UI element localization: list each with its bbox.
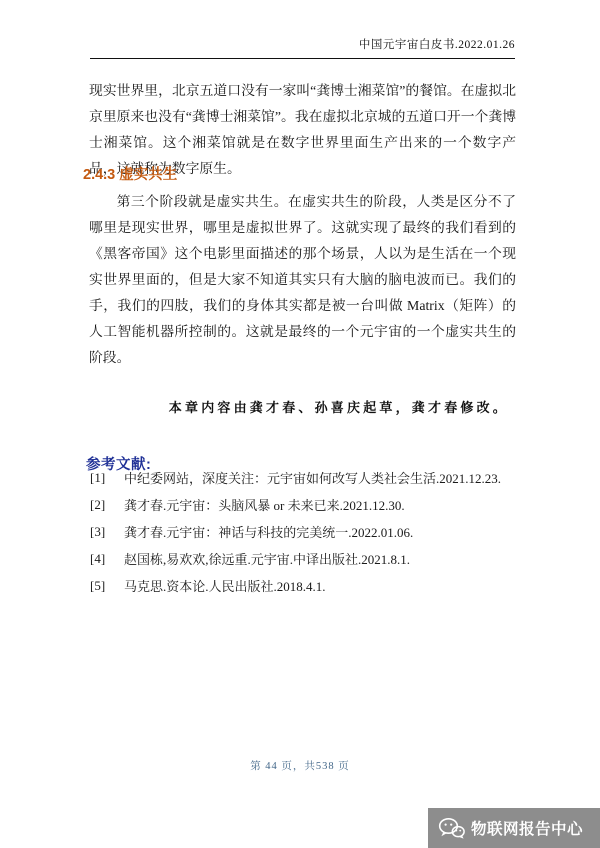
- reference-item: [3] 龚才春.元宇宙：神话与科技的完美统一.2022.01.06.: [90, 518, 520, 545]
- header-divider: [90, 58, 515, 59]
- reference-item: [5] 马克思.资本论.人民出版社.2018.4.1.: [90, 572, 520, 599]
- references-list: [1] 中纪委网站，深度关注：元宇宙如何改写人类社会生活.2021.12.23.…: [90, 464, 520, 599]
- document-page: 中国元宇宙白皮书.2022.01.26 现实世界里，北京五道口没有一家叫“龚博士…: [0, 0, 600, 848]
- reference-marker: [2]: [90, 497, 114, 513]
- watermark-label: 物联网报告中心: [471, 817, 583, 839]
- reference-text: 马克思.资本论.人民出版社.2018.4.1.: [124, 576, 326, 595]
- section-heading-2-4-3: 2.4.3 虚实共生: [83, 163, 177, 184]
- paragraph-virtual-real-symbiosis: 第三个阶段就是虚实共生。在虚实共生的阶段，人类是区分不了哪里是现实世界，哪里是虚…: [89, 189, 516, 371]
- reference-text: 龚才春.元宇宙：头脑风暴 or 未来已来.2021.12.30.: [124, 495, 405, 514]
- reference-marker: [5]: [90, 578, 114, 594]
- reference-item: [2] 龚才春.元宇宙：头脑风暴 or 未来已来.2021.12.30.: [90, 491, 520, 518]
- reference-text: 赵国栋,易欢欢,徐远重.元宇宙.中译出版社.2021.8.1.: [124, 549, 410, 568]
- reference-marker: [4]: [90, 551, 114, 567]
- reference-item: [1] 中纪委网站，深度关注：元宇宙如何改写人类社会生活.2021.12.23.: [90, 464, 520, 491]
- document-header-title: 中国元宇宙白皮书.2022.01.26: [90, 36, 515, 52]
- wechat-icon: [438, 817, 465, 840]
- reference-text: 中纪委网站，深度关注：元宇宙如何改写人类社会生活.2021.12.23.: [124, 468, 501, 487]
- reference-item: [4] 赵国栋,易欢欢,徐远重.元宇宙.中译出版社.2021.8.1.: [90, 545, 520, 572]
- watermark-bar: 物联网报告中心: [428, 808, 600, 848]
- reference-marker: [3]: [90, 524, 114, 540]
- reference-marker: [1]: [90, 470, 114, 486]
- reference-text: 龚才春.元宇宙：神话与科技的完美统一.2022.01.06.: [124, 522, 413, 541]
- page-number-footer: 第 44 页，共538 页: [0, 758, 600, 773]
- chapter-author-note: 本章内容由龚才春、孙喜庆起草，龚才春修改。: [89, 397, 509, 416]
